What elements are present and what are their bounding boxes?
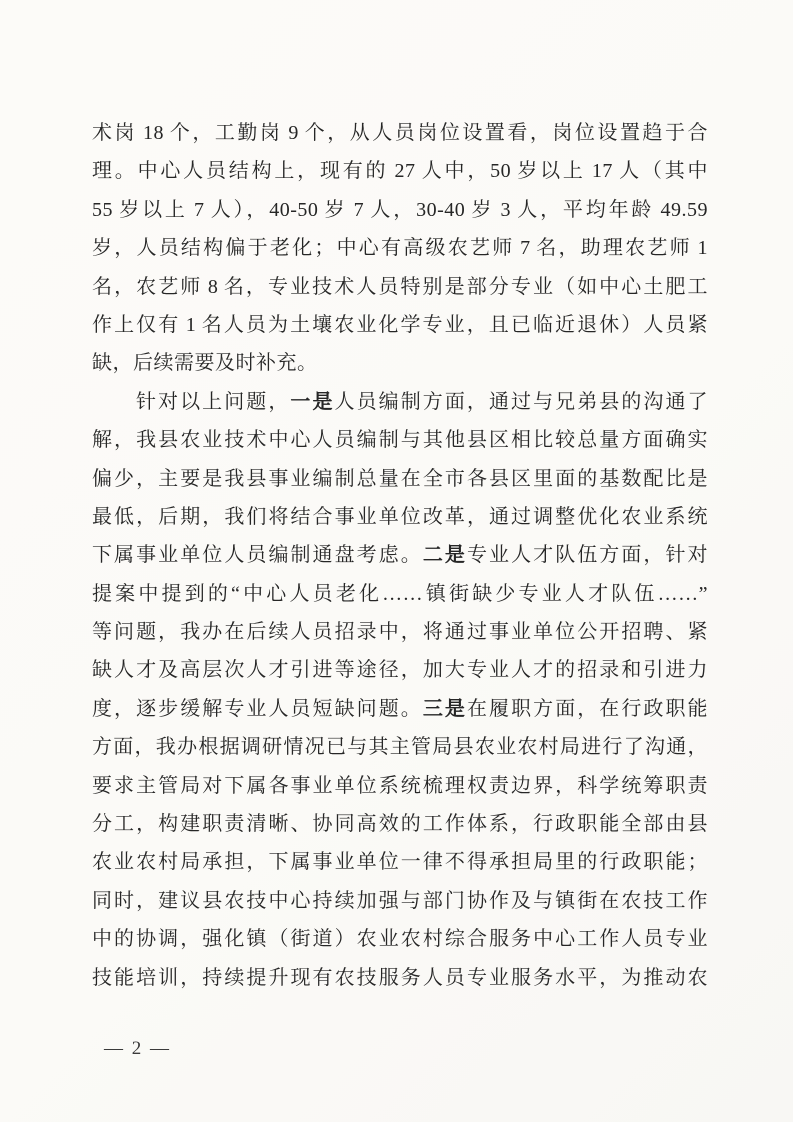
emphasis-point-one: 一是 — [290, 391, 334, 413]
text-line: 55 岁以上 7 人），40-50 岁 7 人，30-40 岁 3 人，平均年龄… — [92, 191, 708, 229]
text-line: 要求主管局对下属各事业单位系统梳理权责边界，科学统筹职责 — [92, 767, 708, 805]
text-line: 方面，我办根据调研情况已与其主管局县农业农村局进行了沟通， — [92, 728, 708, 766]
text-line: 偏少，主要是我县事业编制总量在全市各县区里面的基数配比是 — [92, 460, 708, 498]
text-line: 解，我县农业技术中心人员编制与其他县区相比较总量方面确实 — [92, 421, 708, 459]
text-run: 下属事业单位人员编制通盘考虑。 — [92, 544, 423, 566]
text-line: 农业农村局承担，下属事业单位一律不得承担局里的行政职能； — [92, 843, 708, 881]
text-line-paragraph-end: 缺，后续需要及时补充。 — [92, 344, 708, 382]
emphasis-point-two: 二是 — [423, 544, 467, 566]
text-run: 人员编制方面，通过与兄弟县的沟通了 — [335, 391, 708, 413]
text-run: 在履职方面，在行政职能 — [467, 698, 708, 720]
text-line: 作上仅有 1 名人员为土壤农业化学专业，且已临近退休）人员紧 — [92, 306, 708, 344]
document-body: 术岗 18 个，工勤岗 9 个，从人员岗位设置看，岗位设置趋于合 理。中心人员结… — [92, 114, 708, 997]
text-line: 分工，构建职责清晰、协同高效的工作体系，行政职能全部由县 — [92, 805, 708, 843]
text-line-paragraph-start: 针对以上问题，一是人员编制方面，通过与兄弟县的沟通了 — [92, 383, 708, 421]
text-line: 度，逐步缓解专业人员短缺问题。三是在履职方面，在行政职能 — [92, 690, 708, 728]
text-line: 名，农艺师 8 名，专业技术人员特别是部分专业（如中心土肥工 — [92, 268, 708, 306]
text-run: 针对以上问题， — [136, 391, 290, 413]
text-line: 中的协调，强化镇（街道）农业农村综合服务中心工作人员专业 — [92, 920, 708, 958]
text-line: 缺人才及高层次人才引进等途径，加大专业人才的招录和引进力 — [92, 651, 708, 689]
text-line: 理。中心人员结构上，现有的 27 人中，50 岁以上 17 人（其中 — [92, 152, 708, 190]
text-line: 岁，人员结构偏于老化；中心有高级农艺师 7 名，助理农艺师 1 — [92, 229, 708, 267]
text-line: 术岗 18 个，工勤岗 9 个，从人员岗位设置看，岗位设置趋于合 — [92, 114, 708, 152]
emphasis-point-three: 三是 — [423, 698, 467, 720]
text-line: 技能培训，持续提升现有农技服务人员专业服务水平，为推动农 — [92, 959, 708, 997]
scanned-document-page: 术岗 18 个，工勤岗 9 个，从人员岗位设置看，岗位设置趋于合 理。中心人员结… — [0, 0, 793, 1122]
text-run: 度，逐步缓解专业人员短缺问题。 — [92, 698, 423, 720]
page-number: — 2 — — [104, 1038, 171, 1060]
text-line: 下属事业单位人员编制通盘考虑。二是专业人才队伍方面，针对 — [92, 536, 708, 574]
text-run: 专业人才队伍方面，针对 — [467, 544, 708, 566]
text-line: 同时，建议县农技中心持续加强与部门协作及与镇街在农技工作 — [92, 882, 708, 920]
text-line: 最低，后期，我们将结合事业单位改革，通过调整优化农业系统 — [92, 498, 708, 536]
text-line: 等问题，我办在后续人员招录中，将通过事业单位公开招聘、紧 — [92, 613, 708, 651]
text-line: 提案中提到的“中心人员老化……镇街缺少专业人才队伍……” — [92, 575, 708, 613]
